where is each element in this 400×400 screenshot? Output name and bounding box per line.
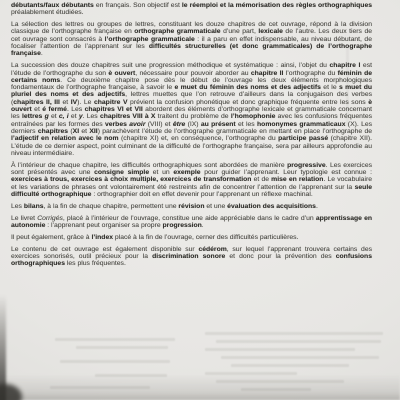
body-text: ). Le (77, 99, 94, 106)
emphasis-text: chapitres VI et VII (85, 106, 143, 113)
body-text: et un (149, 169, 173, 176)
emphasis-text: révision (178, 203, 204, 210)
emphasis-text: verbes (105, 121, 129, 128)
body-text: l’orthographe du (283, 70, 337, 77)
body-text: et de (251, 176, 271, 183)
body-text: prévient la confusion phonétique et donc… (127, 99, 368, 106)
paragraph: Le livret Corrigés, placé à l’intérieur … (11, 215, 372, 230)
body-text: pour guider l’apprenant. Leur typologie … (201, 169, 372, 176)
emphasis-text: discrimination sonore (152, 253, 225, 260)
body-text: . Les (83, 113, 100, 120)
bleed-through-ghost (205, 348, 355, 351)
bleed-through-ghost (76, 346, 168, 349)
body-text: traitent du problème de (155, 113, 230, 120)
emphasis-text: chapitres VIII à X (100, 113, 155, 120)
emphasis-text: chapitre V (94, 99, 128, 106)
emphasis-text: cédérom (198, 246, 226, 253)
paragraph: débutants/faux débutants en français. So… (11, 2, 372, 17)
emphasis-text: progressive (287, 162, 326, 169)
bleed-through-ghost (55, 338, 175, 341)
emphasis-text: chapitres II, III (13, 99, 60, 106)
paragraph: Les bilans, à la fin de chaque chapitre,… (11, 203, 372, 210)
body-text: À l’intérieur de chaque chapitre, les di… (11, 162, 287, 169)
body-text: et une (204, 203, 227, 210)
body-text: (IX) (185, 121, 201, 128)
body-text: et (79, 128, 89, 135)
emphasis-text: c, i (59, 113, 69, 120)
bleed-through-ghost (231, 364, 349, 367)
emphasis-text: orthographe grammaticale (134, 28, 220, 35)
body-text: et donc pour la prévention des (225, 253, 335, 260)
body-text: préalablement étudiées. (11, 9, 84, 16)
body-text: en français. Son objectif est (94, 2, 182, 9)
body-text: . (41, 50, 43, 57)
emphasis-text: participe passé (278, 135, 328, 142)
body-text: : l’apprenant peut organiser sa propre (45, 222, 162, 229)
emphasis-text: bilans (24, 203, 44, 210)
emphasis-text: l’homophonie (231, 113, 276, 120)
emphasis-text: lettres (22, 113, 45, 120)
body-text: Le contenu de cet ouvrage est également … (11, 246, 198, 253)
emphasis-text: consigne simple (94, 169, 149, 176)
emphasis-text: exemple (173, 169, 200, 176)
emphasis-text: è ouvert (108, 70, 135, 77)
emphasis-text: l’adjectif en relation avec le nom (11, 135, 119, 142)
body-text: ) parachèvent l’étude de l’orthographe g… (98, 128, 372, 135)
body-text: . (316, 203, 318, 210)
emphasis-text: débutants/faux débutants (11, 2, 94, 9)
body-text: placé à la fin de l’ouvrage, cerner des … (113, 234, 298, 241)
body-text: et (32, 106, 42, 113)
emphasis-text: XII (89, 128, 97, 135)
bleed-through-ghost (60, 360, 170, 363)
book-page-photo: débutants/faux débutants en français. So… (0, 0, 400, 400)
body-text: La succession des douze chapitres suit u… (11, 62, 329, 69)
body-text: et (69, 113, 79, 120)
body-text: et (60, 99, 71, 106)
paragraph: La succession des douze chapitres suit u… (11, 62, 372, 157)
body-text: Le livret (11, 215, 37, 222)
body-text: , nécessaire pour pouvoir aborder au (135, 70, 251, 77)
body-text: . Les (67, 106, 85, 113)
bleed-through-ghost (221, 356, 379, 359)
emphasis-text: exercices à trous, exercices à choix mul… (11, 176, 251, 183)
emphasis-text: le réemploi et la mémorisation des règle… (182, 2, 372, 9)
page-curve-shadow (0, 374, 400, 400)
emphasis-text: chapitre I (329, 62, 360, 69)
emphasis-text: lexicale (258, 28, 283, 35)
body-text: Il peut également, grâce à (11, 234, 91, 241)
paragraph: Il peut également, grâce à l’index placé… (11, 234, 372, 241)
emphasis-text: homonymes grammaticaux (257, 121, 345, 128)
bleed-through-ghost (205, 332, 383, 335)
body-text: d’une part, (221, 28, 259, 35)
emphasis-text: chapitre II (251, 70, 284, 77)
bleed-through-ghost (216, 340, 381, 343)
page-text: débutants/faux débutants en français. So… (11, 2, 372, 272)
emphasis-text: l’orthographe grammaticale (105, 36, 195, 43)
emphasis-text: é fermé (42, 106, 67, 113)
paragraph: À l’intérieur de chaque chapitre, les di… (11, 162, 372, 198)
body-text: (VIII) et (145, 121, 172, 128)
bleed-through-ghost (346, 46, 349, 126)
body-text: et les (236, 121, 257, 128)
emphasis-text: au présent (201, 121, 236, 128)
emphasis-text: être (173, 121, 185, 128)
emphasis-text: l’index (91, 234, 113, 241)
paragraph: La sélection des lettres ou groupes de l… (11, 21, 372, 57)
body-text: (chapitre XI) et, en conséquence, l’orth… (119, 135, 279, 142)
body-text: . (202, 222, 204, 229)
body-text: Les (11, 203, 24, 210)
emphasis-text: chapitres (38, 128, 68, 135)
body-text: les plus fréquentes. (65, 260, 126, 267)
emphasis-text: évaluation des acquisitions (227, 203, 316, 210)
paragraph: Le contenu de cet ouvrage est également … (11, 246, 372, 268)
emphasis-text: progression (163, 222, 202, 229)
body-text: , placé à l’intérieur de l’ouvrage, cons… (63, 215, 316, 222)
emphasis-text: avoir (129, 121, 145, 128)
body-text: : orthographier doit en effet devenir po… (91, 191, 312, 198)
body-text: et (49, 113, 59, 120)
emphasis-text: mise en relation (271, 176, 323, 183)
italic-text: Corrigés (37, 215, 63, 222)
body-text: , à la fin de chaque chapitre, permetten… (44, 203, 179, 210)
